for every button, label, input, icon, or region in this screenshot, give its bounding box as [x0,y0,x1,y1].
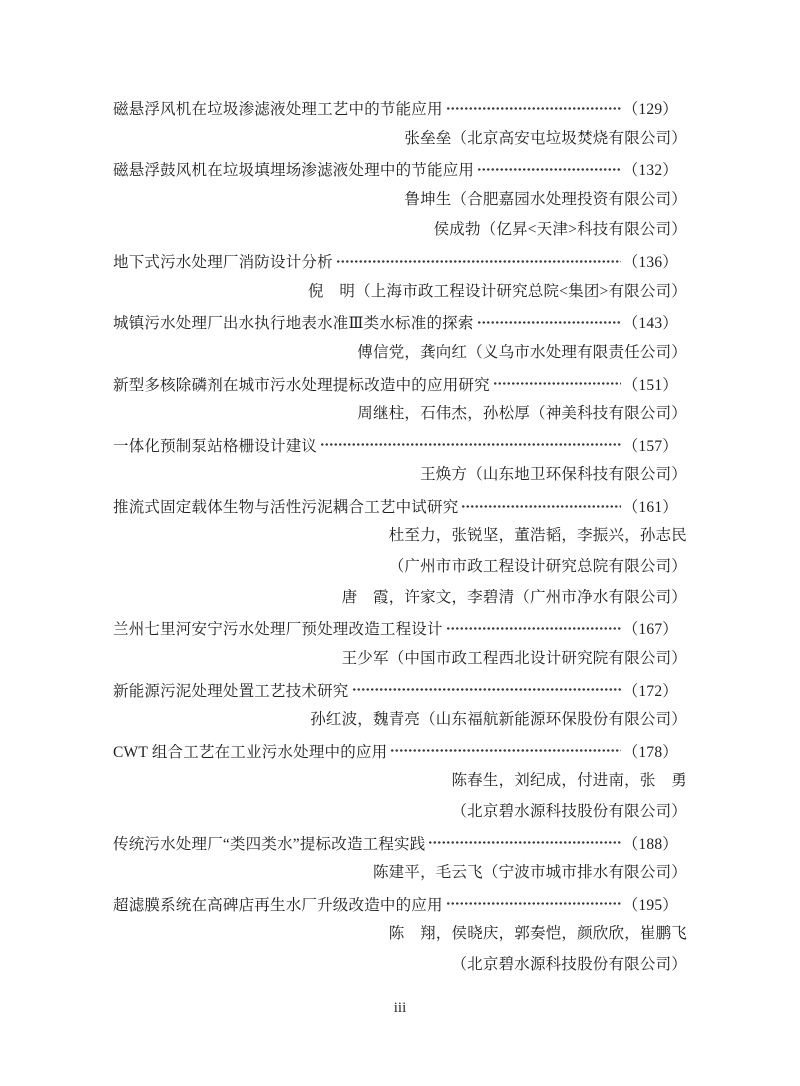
toc-entry-title-row: 新能源污泥处理处置工艺技术研究（172） [113,674,687,705]
toc-entry-title-row: 磁悬浮鼓风机在垃圾填埋场渗滤液处理中的节能应用（132） [113,154,687,185]
toc-entry-page-number: （129） [623,97,678,119]
toc-entry-authors: 鲁坤生（合肥嘉园水处理投资有限公司） [113,185,687,216]
toc-entry-title: 新能源污泥处理处置工艺技术研究 [113,679,349,701]
toc-entry-authors: 王少军（中国市政工程西北设计研究院有限公司） [113,644,687,675]
toc-entry-authors: 王焕方（山东地卫环保科技有限公司） [113,460,687,491]
toc-entry-title-row: 磁悬浮风机在垃圾渗滤液处理工艺中的节能应用（129） [113,93,687,124]
toc-entry-page-number: （172） [623,679,678,701]
toc-entry-title: 推流式固定载体生物与活性污泥耦合工艺中试研究 [113,495,458,517]
toc-entry-authors: 傅信党，龚向红（义乌市水处理有限责任公司） [113,338,687,369]
toc-entry-title-row: 一体化预制泵站格栅设计建议（157） [113,430,687,461]
toc-entry-authors: 孙红波，魏青亮（山东福航新能源环保股份有限公司） [113,705,687,736]
toc-entry-page-number: （136） [623,250,678,272]
toc-entry-page-number: （161） [623,495,678,517]
toc-entry-page-number: （178） [623,740,678,762]
toc-entry-title: 磁悬浮鼓风机在垃圾填埋场渗滤液处理中的节能应用 [113,158,474,180]
toc-entry-authors: 周继柱，石伟杰，孙松厚（神美科技有限公司） [113,399,687,430]
toc-entry-authors: 杜至力，张锐坚，董浩韬，李振兴，孙志民 [113,521,687,552]
toc-entry-title-row: 推流式固定载体生物与活性污泥耦合工艺中试研究（161） [113,491,687,522]
toc-entry-title: 一体化预制泵站格栅设计建议 [113,434,317,456]
toc-entry-authors: （北京碧水源科技股份有限公司） [113,950,687,981]
toc-entry-authors: 倪 明（上海市政工程设计研究总院<集团>有限公司） [113,277,687,308]
toc-entry-authors: （广州市市政工程设计研究总院有限公司） [113,552,687,583]
toc-entry-page-number: （188） [623,832,678,854]
dotted-leader [320,430,621,461]
toc-entry-page-number: （157） [623,434,678,456]
dotted-leader [446,888,621,919]
toc-list: 磁悬浮风机在垃圾渗滤液处理工艺中的节能应用（129）张垒垒（北京高安屯垃圾焚烧有… [113,93,687,980]
toc-entry-title: 磁悬浮风机在垃圾渗滤液处理工艺中的节能应用 [113,97,443,119]
dotted-leader [477,307,621,338]
toc-entry-title: 城镇污水处理厂出水执行地表水准Ⅲ类水标准的探索 [113,311,474,333]
toc-entry-authors: 唐 霞，许家文，李碧清（广州市净水有限公司） [113,583,687,614]
toc-entry-page-number: （195） [623,893,678,915]
dotted-leader [493,368,621,399]
toc-entry-page-number: （167） [623,617,678,639]
toc-entry-title: 传统污水处理厂“类四类水”提标改造工程实践 [113,832,425,854]
dotted-leader [390,735,620,766]
dotted-leader [352,674,621,705]
toc-entry-page-number: （143） [623,311,678,333]
toc-entry-title: 超滤膜系统在高碑店再生水厂升级改造中的应用 [113,893,443,915]
toc-entry-authors: 张垒垒（北京高安屯垃圾焚烧有限公司） [113,124,687,155]
toc-entry-authors: 陈春生，刘纪成，付进南，张 勇 [113,766,687,797]
toc-entry-title-row: 地下式污水处理厂消防设计分析（136） [113,246,687,277]
toc-entry-title-row: 兰州七里河安宁污水处理厂预处理改造工程设计（167） [113,613,687,644]
toc-entry-authors: 侯成勃（亿昇<天津>科技有限公司） [113,215,687,246]
dotted-leader [461,491,620,522]
dotted-leader [446,93,621,124]
toc-page: 磁悬浮风机在垃圾渗滤液处理工艺中的节能应用（129）张垒垒（北京高安屯垃圾焚烧有… [0,0,800,1086]
toc-entry-title-row: 超滤膜系统在高碑店再生水厂升级改造中的应用（195） [113,888,687,919]
toc-entry-title: 地下式污水处理厂消防设计分析 [113,250,333,272]
toc-entry-page-number: （132） [623,158,678,180]
toc-entry-title: 新型多核除磷剂在城市污水处理提标改造中的应用研究 [113,373,490,395]
toc-entry-authors: 陈 翔，侯晓庆，郭奏恺，颜欣欣，崔鹏飞 [113,919,687,950]
dotted-leader [428,827,620,858]
dotted-leader [336,246,621,277]
toc-entry-page-number: （151） [623,373,678,395]
dotted-leader [446,613,621,644]
toc-entry-authors: 陈建平，毛云飞（宁波市城市排水有限公司） [113,858,687,889]
dotted-leader [477,154,621,185]
toc-entry-authors: （北京碧水源科技股份有限公司） [113,797,687,828]
toc-entry-title-row: 城镇污水处理厂出水执行地表水准Ⅲ类水标准的探索（143） [113,307,687,338]
folio-page-number: iii [394,1000,407,1016]
toc-entry-title-row: CWT 组合工艺在工业污水处理中的应用（178） [113,735,687,766]
toc-entry-title: 兰州七里河安宁污水处理厂预处理改造工程设计 [113,617,443,639]
toc-entry-title: CWT 组合工艺在工业污水处理中的应用 [113,740,387,762]
page-footer: iii [0,1000,800,1017]
toc-entry-title-row: 传统污水处理厂“类四类水”提标改造工程实践（188） [113,827,687,858]
toc-entry-title-row: 新型多核除磷剂在城市污水处理提标改造中的应用研究（151） [113,368,687,399]
